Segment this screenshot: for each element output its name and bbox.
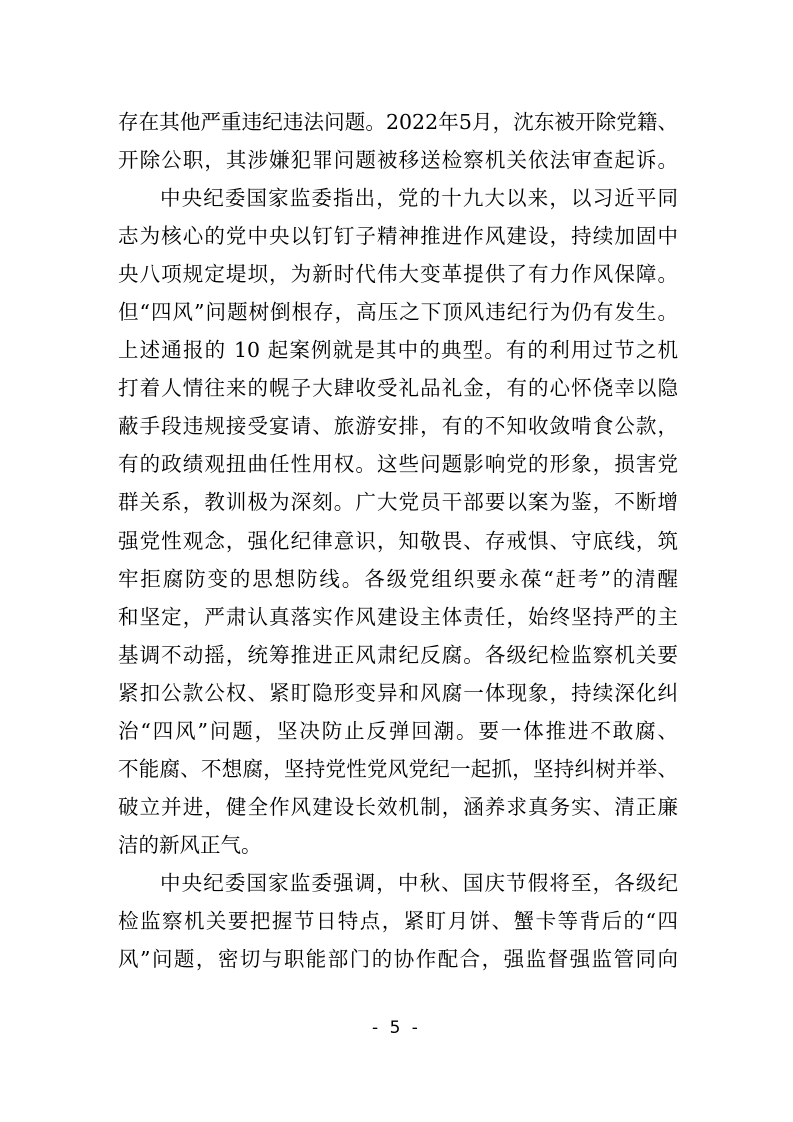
text-line: 有的政绩观扭曲任性用权。这些问题影响党的形象，损害党: [118, 445, 678, 483]
text-line: 央八项规定堤坝，为新时代伟大变革提供了有力作风保障。: [118, 255, 678, 293]
text-line: 牢拒腐防变的思想防线。各级党组织要永葆“赶考”的清醒: [118, 560, 678, 598]
paragraph-end-line: 洁的新风正气。: [118, 826, 678, 864]
text-line: 开除公职，其涉嫌犯罪问题被移送检察机关依法审查起诉。: [118, 141, 678, 179]
text-line: 打着人情往来的幌子大肆收受礼品礼金，有的心怀侥幸以隐: [118, 369, 678, 407]
text-line: 紧扣公款公权、紧盯隐形变异和风腐一体现象，持续深化纠: [118, 674, 678, 712]
text-line: 检监察机关要把握节日特点，紧盯月饼、蟹卡等背后的“四: [118, 902, 678, 940]
paragraph-start-line: 中央纪委国家监委强调，中秋、国庆节假将至，各级纪: [118, 864, 678, 902]
text-line: 蔽手段违规接受宴请、旅游安排，有的不知收敛啃食公款，: [118, 407, 678, 445]
text-line: 治“四风”问题，坚决防止反弹回潮。要一体推进不敢腐、: [118, 712, 678, 750]
page-number: - 5 -: [0, 1018, 793, 1038]
text-line: 但“四风”问题树倒根存，高压之下顶风违纪行为仍有发生。: [118, 293, 678, 331]
text-line: 破立并进，健全作风建设长效机制，涵养求真务实、清正廉: [118, 788, 678, 826]
text-line: 强党性观念，强化纪律意识，知敬畏、存戒惧、守底线，筑: [118, 522, 678, 560]
text-line: 和坚定，严肃认真落实作风建设主体责任，始终坚持严的主: [118, 598, 678, 636]
text-line: 存在其他严重违纪违法问题。2022年5月，沈东被开除党籍、: [118, 103, 678, 141]
text-line: 上述通报的 10 起案例就是其中的典型。有的利用过节之机: [118, 331, 678, 369]
text-line: 风”问题，密切与职能部门的协作配合，强监督强监管同向: [118, 940, 678, 978]
text-line: 基调不动摇，统筹推进正风肃纪反腐。各级纪检监察机关要: [118, 636, 678, 674]
text-line: 不能腐、不想腐，坚持党性党风党纪一起抓，坚持纠树并举、: [118, 750, 678, 788]
text-line: 群关系，教训极为深刻。广大党员干部要以案为鉴，不断增: [118, 483, 678, 521]
paragraph-start-line: 中央纪委国家监委指出，党的十九大以来，以习近平同: [118, 179, 678, 217]
text-line: 志为核心的党中央以钉钉子精神推进作风建设，持续加固中: [118, 217, 678, 255]
body-text: 存在其他严重违纪违法问题。2022年5月，沈东被开除党籍、 开除公职，其涉嫌犯罪…: [118, 103, 678, 978]
document-page: 存在其他严重违纪违法问题。2022年5月，沈东被开除党籍、 开除公职，其涉嫌犯罪…: [0, 0, 793, 1122]
